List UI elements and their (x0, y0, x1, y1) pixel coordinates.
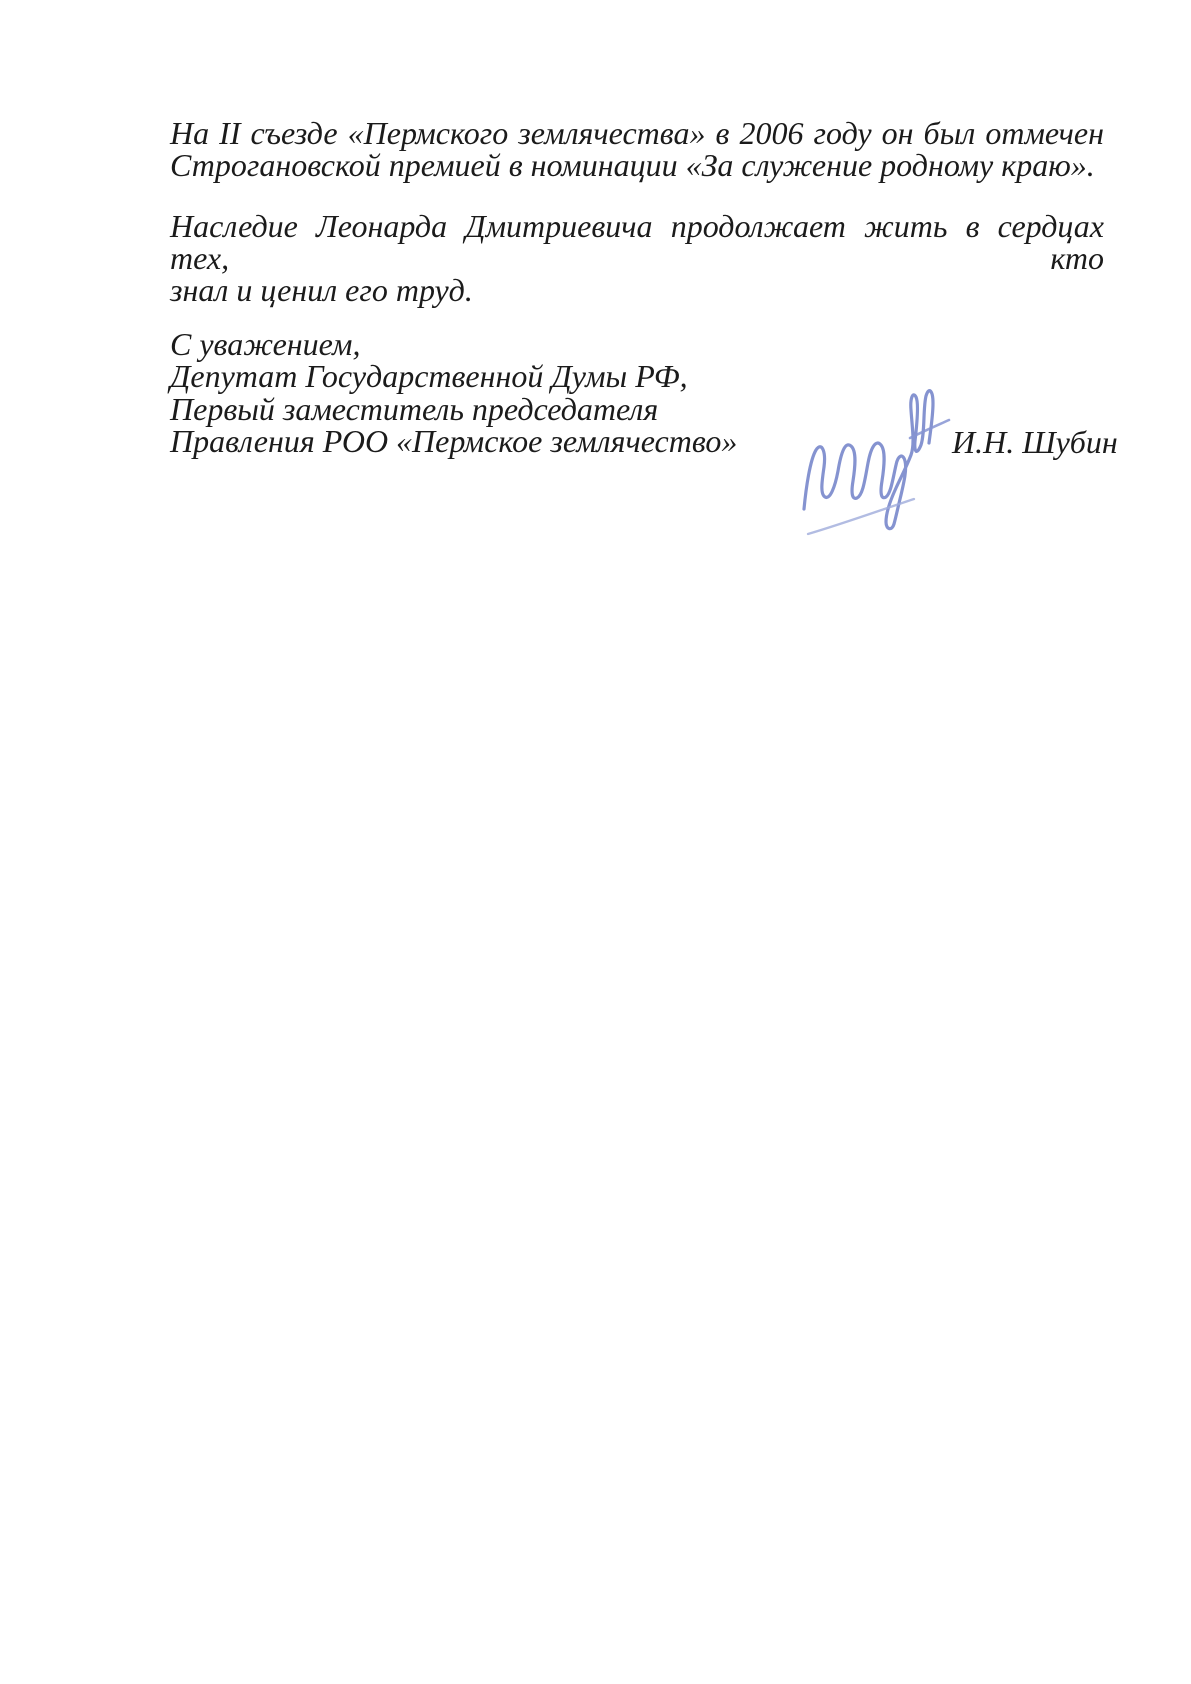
closing-line-title-1: Депутат Государственной Думы РФ, (170, 360, 1104, 392)
letter-body: На II съезде «Пермского землячества» в 2… (170, 117, 1104, 306)
signature-stroke-main (804, 391, 933, 529)
paragraph-legacy: Наследие Леонарда Дмитриевича продолжает… (170, 210, 1104, 307)
closing-line-title-2: Первый заместитель председателя (170, 393, 1104, 425)
closing-line-salutation: С уважением, (170, 328, 1104, 360)
handwritten-signature (735, 380, 960, 545)
letter-page: На II съезде «Пермского землячества» в 2… (0, 0, 1191, 1684)
paragraph-line: На II съезде «Пермского землячества» в 2… (170, 117, 1104, 149)
paragraph-award: На II съезде «Пермского землячества» в 2… (170, 117, 1104, 182)
signer-name: И.Н. Шубин (952, 426, 1118, 458)
paragraph-line: знал и ценил его труд. (170, 274, 1104, 306)
paragraph-line: Наследие Леонарда Дмитриевича продолжает… (170, 210, 1104, 275)
paragraph-line: Строгановской премией в номинации «За сл… (170, 149, 1104, 181)
signature-stroke-underline (808, 499, 914, 534)
